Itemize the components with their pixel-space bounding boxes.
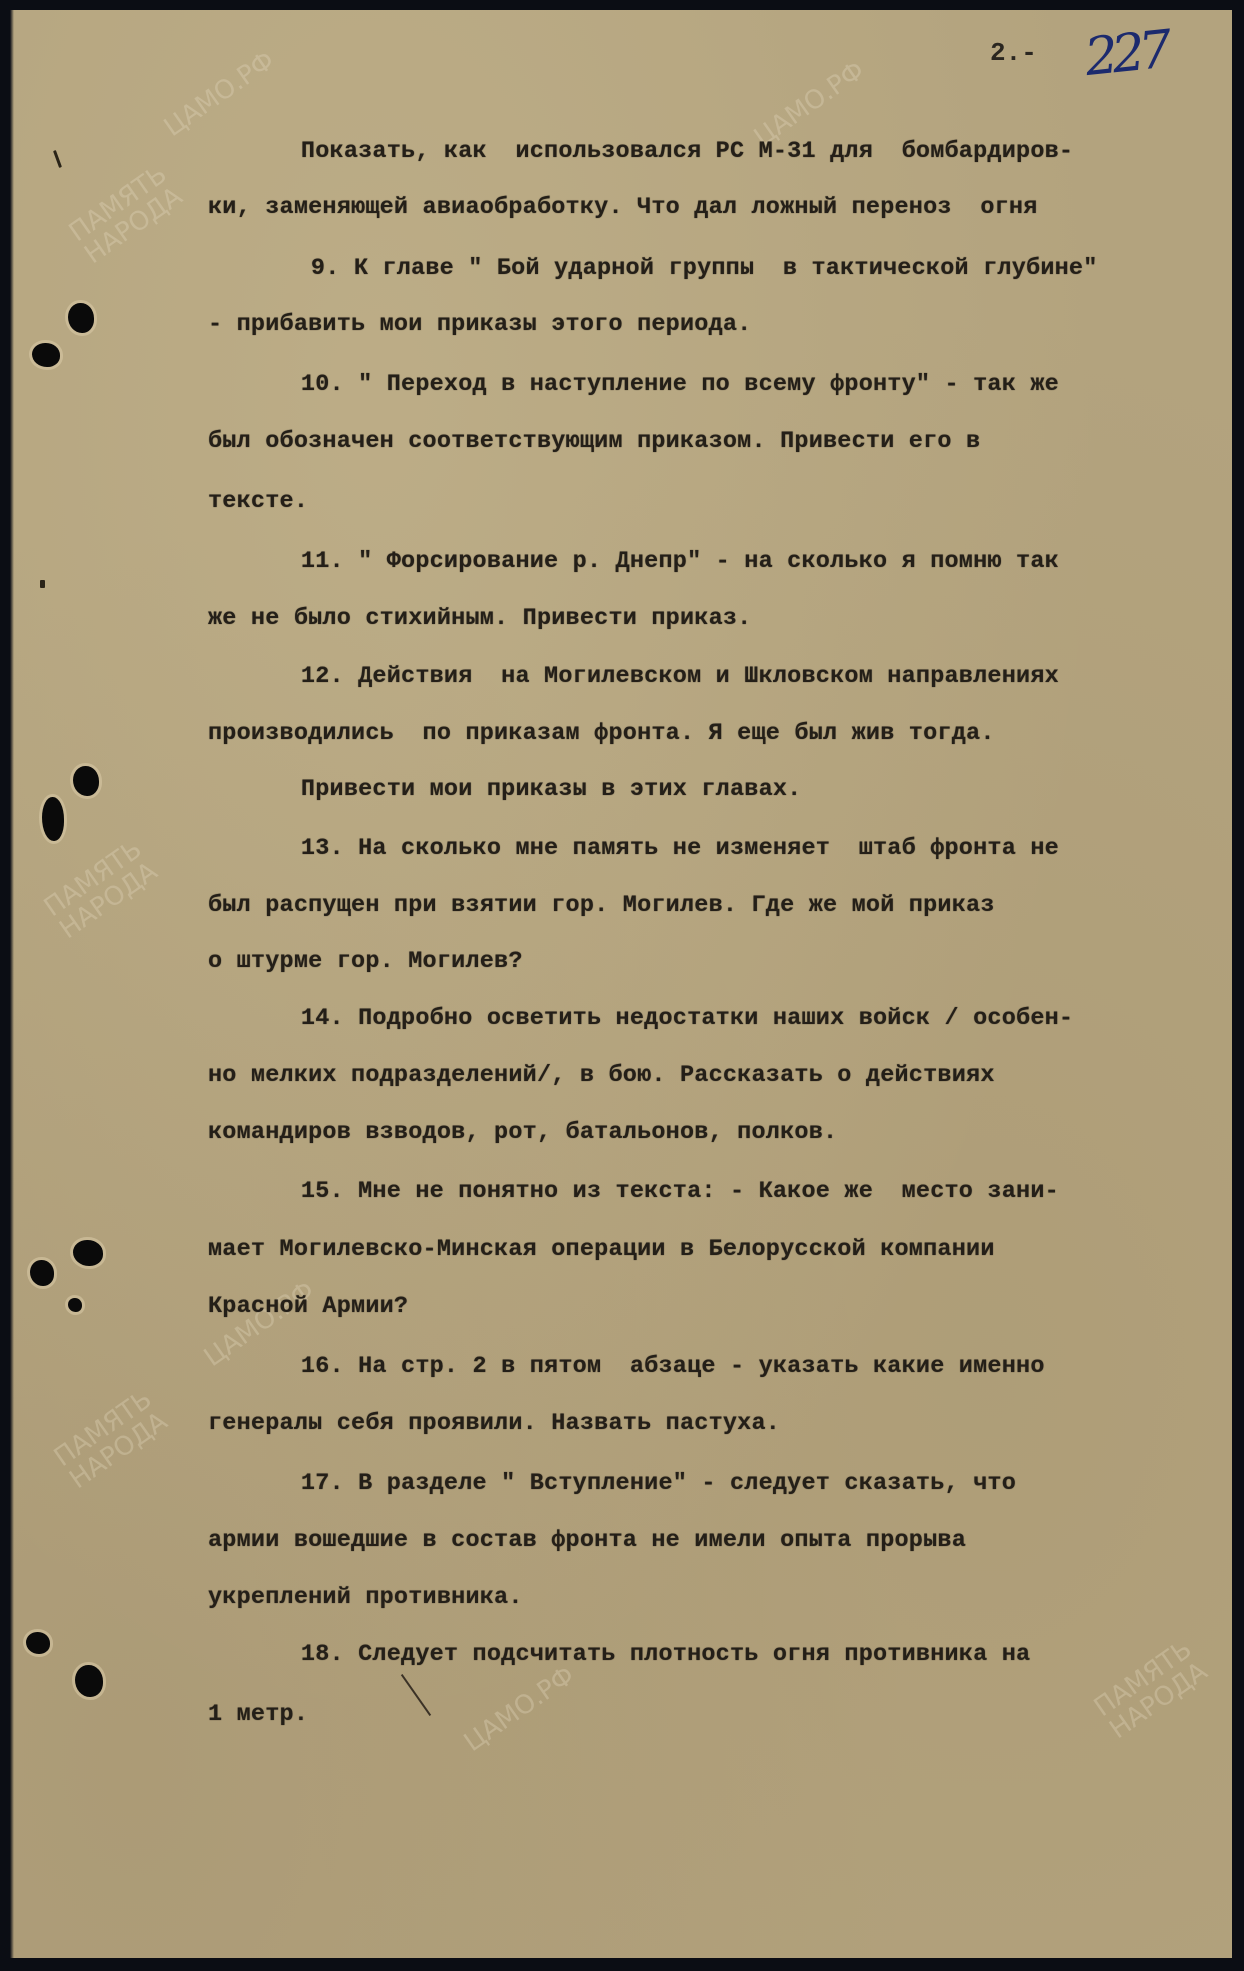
text-line: - прибавить мои приказы этого периода.	[208, 311, 752, 338]
text-line: же не было стихийным. Привести приказ.	[208, 605, 752, 632]
text-line: тексте.	[208, 488, 308, 515]
pen-stroke	[401, 1674, 431, 1716]
punch-hole	[30, 1260, 54, 1286]
text-line: Привести мои приказы в этих главах.	[258, 776, 802, 803]
text-line: 17. В разделе " Вступление" - следует ск…	[258, 1470, 1016, 1497]
text-line: армии вошедшие в состав фронта не имели …	[208, 1527, 966, 1554]
watermark-pamyat-naroda: ПАМЯТЬ НАРОДА	[50, 1386, 173, 1495]
text-line: 13. На сколько мне память не изменяет шт…	[258, 835, 1059, 862]
punch-hole	[42, 797, 64, 841]
text-line: 10. " Переход в наступление по всему фро…	[258, 371, 1059, 398]
punch-hole	[68, 1298, 82, 1312]
watermark-pamyat-naroda: ПАМЯТЬ НАРОДА	[40, 836, 163, 945]
punch-hole	[73, 766, 99, 796]
text-line: 1 метр.	[208, 1701, 308, 1728]
watermark-pamyat-naroda: ПАМЯТЬ НАРОДА	[65, 161, 188, 270]
paper-mark	[40, 580, 45, 588]
handwritten-folio-number: 227	[1082, 20, 1169, 88]
text-line: 15. Мне не понятно из текста: - Какое же…	[258, 1178, 1059, 1205]
text-line: но мелких подразделений/, в бою. Рассказ…	[208, 1062, 995, 1089]
text-line: генералы себя проявили. Назвать пастуха.	[208, 1410, 780, 1437]
page-number: 2.-	[990, 38, 1037, 68]
text-line: мает Могилевско-Минская операции в Белор…	[208, 1236, 995, 1263]
punch-hole	[68, 303, 94, 333]
text-line: командиров взводов, рот, батальонов, пол…	[208, 1119, 837, 1146]
text-line: 12. Действия на Могилевском и Шкловском …	[258, 663, 1059, 690]
punch-hole	[26, 1632, 50, 1654]
text-line: ки, заменяющей авиаобработку. Что дал ло…	[208, 194, 1038, 221]
punch-hole	[32, 343, 60, 367]
text-line: укреплений противника.	[208, 1584, 523, 1611]
punch-hole	[75, 1665, 103, 1697]
text-line: Показать, как использовался РС М-31 для …	[258, 138, 1073, 165]
watermark-camo: ЦАМО.РФ	[460, 1662, 580, 1757]
watermark-camo: ЦАМО.РФ	[160, 47, 280, 142]
page-edge-shadow	[10, 10, 14, 1958]
text-line: был обозначен соответствующим приказом. …	[208, 428, 980, 455]
text-line: 9. К главе " Бой ударной группы в тактич…	[268, 255, 1098, 282]
document-page: ЦАМО.РФ ПАМЯТЬ НАРОДА ЦАМО.РФ ПАМЯТЬ НАР…	[10, 10, 1232, 1958]
text-line: 14. Подробно осветить недостатки наших в…	[258, 1005, 1073, 1032]
text-line: 11. " Форсирование р. Днепр" - на скольк…	[258, 548, 1059, 575]
text-line: 18. Следует подсчитать плотность огня пр…	[258, 1641, 1030, 1668]
text-line: Красной Армии?	[208, 1293, 408, 1320]
text-line: 16. На стр. 2 в пятом абзаце - указать к…	[258, 1353, 1045, 1380]
watermark-pamyat-naroda: ПАМЯТЬ НАРОДА	[1090, 1636, 1213, 1745]
text-line: производились по приказам фронта. Я еще …	[208, 720, 995, 747]
paper-mark	[53, 150, 62, 168]
punch-hole	[73, 1240, 103, 1266]
text-line: о штурме гор. Могилев?	[208, 948, 523, 975]
text-line: был распущен при взятии гор. Могилев. Гд…	[208, 892, 995, 919]
